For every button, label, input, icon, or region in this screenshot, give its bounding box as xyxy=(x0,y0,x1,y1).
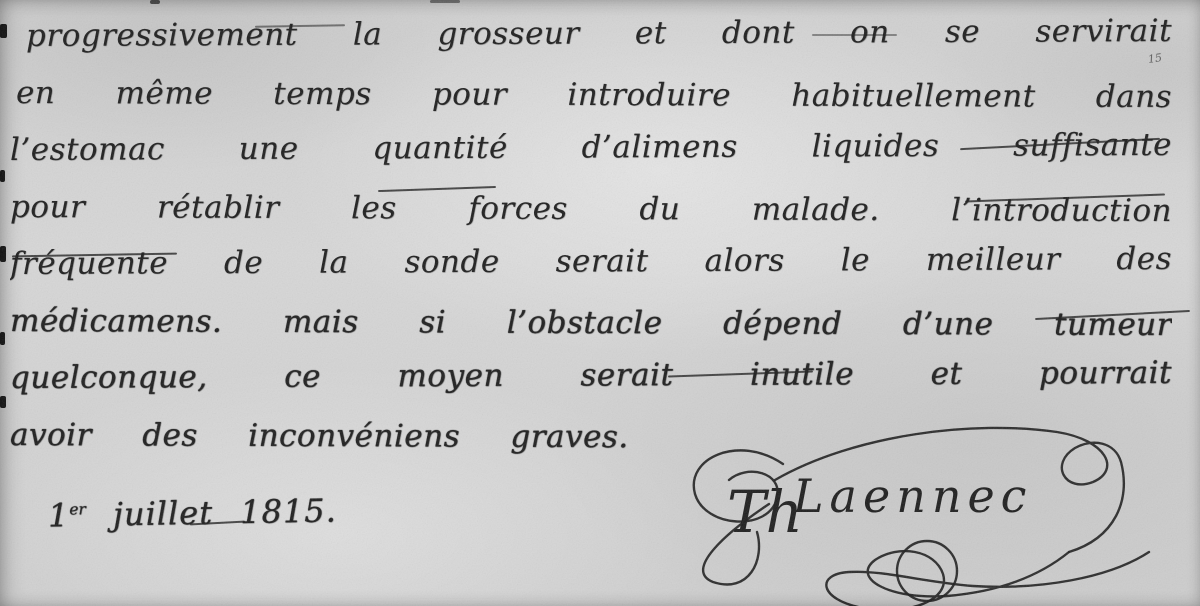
signature-paraph xyxy=(826,551,1149,606)
signature-initials: Th xyxy=(727,478,803,546)
scan-artifact xyxy=(0,246,6,262)
manuscript-page: progressivement la grosseur et dont on s… xyxy=(0,0,1200,606)
scan-artifact xyxy=(150,0,160,4)
manuscript-line: fréquente de la sonde serait alors le me… xyxy=(10,231,1172,293)
manuscript-text: progressivement la grosseur et dont on s… xyxy=(0,8,1200,464)
scan-artifact xyxy=(0,170,5,182)
date-line: 1er juillet 1815. xyxy=(48,491,337,534)
date-rest: juillet 1815. xyxy=(85,491,337,533)
date-ordinal-suffix: er xyxy=(69,500,86,518)
marginal-annotation: 15 xyxy=(1147,51,1163,66)
scan-artifact xyxy=(0,24,7,38)
signature-flourish: Th Laennec xyxy=(665,420,1200,606)
scan-artifact xyxy=(0,332,5,345)
scan-artifact xyxy=(430,0,460,3)
date-day: 1 xyxy=(48,496,70,534)
manuscript-line: progressivement la grosseur et dont on s… xyxy=(26,3,1172,65)
scan-artifact xyxy=(0,396,6,408)
signature-name: Laennec xyxy=(792,469,1032,523)
signature: Th Laennec xyxy=(665,420,1200,606)
signature-knot xyxy=(897,541,957,601)
manuscript-line: quelconque, ce moyen serait inutile et p… xyxy=(10,345,1172,407)
pen-stroke xyxy=(812,34,897,36)
